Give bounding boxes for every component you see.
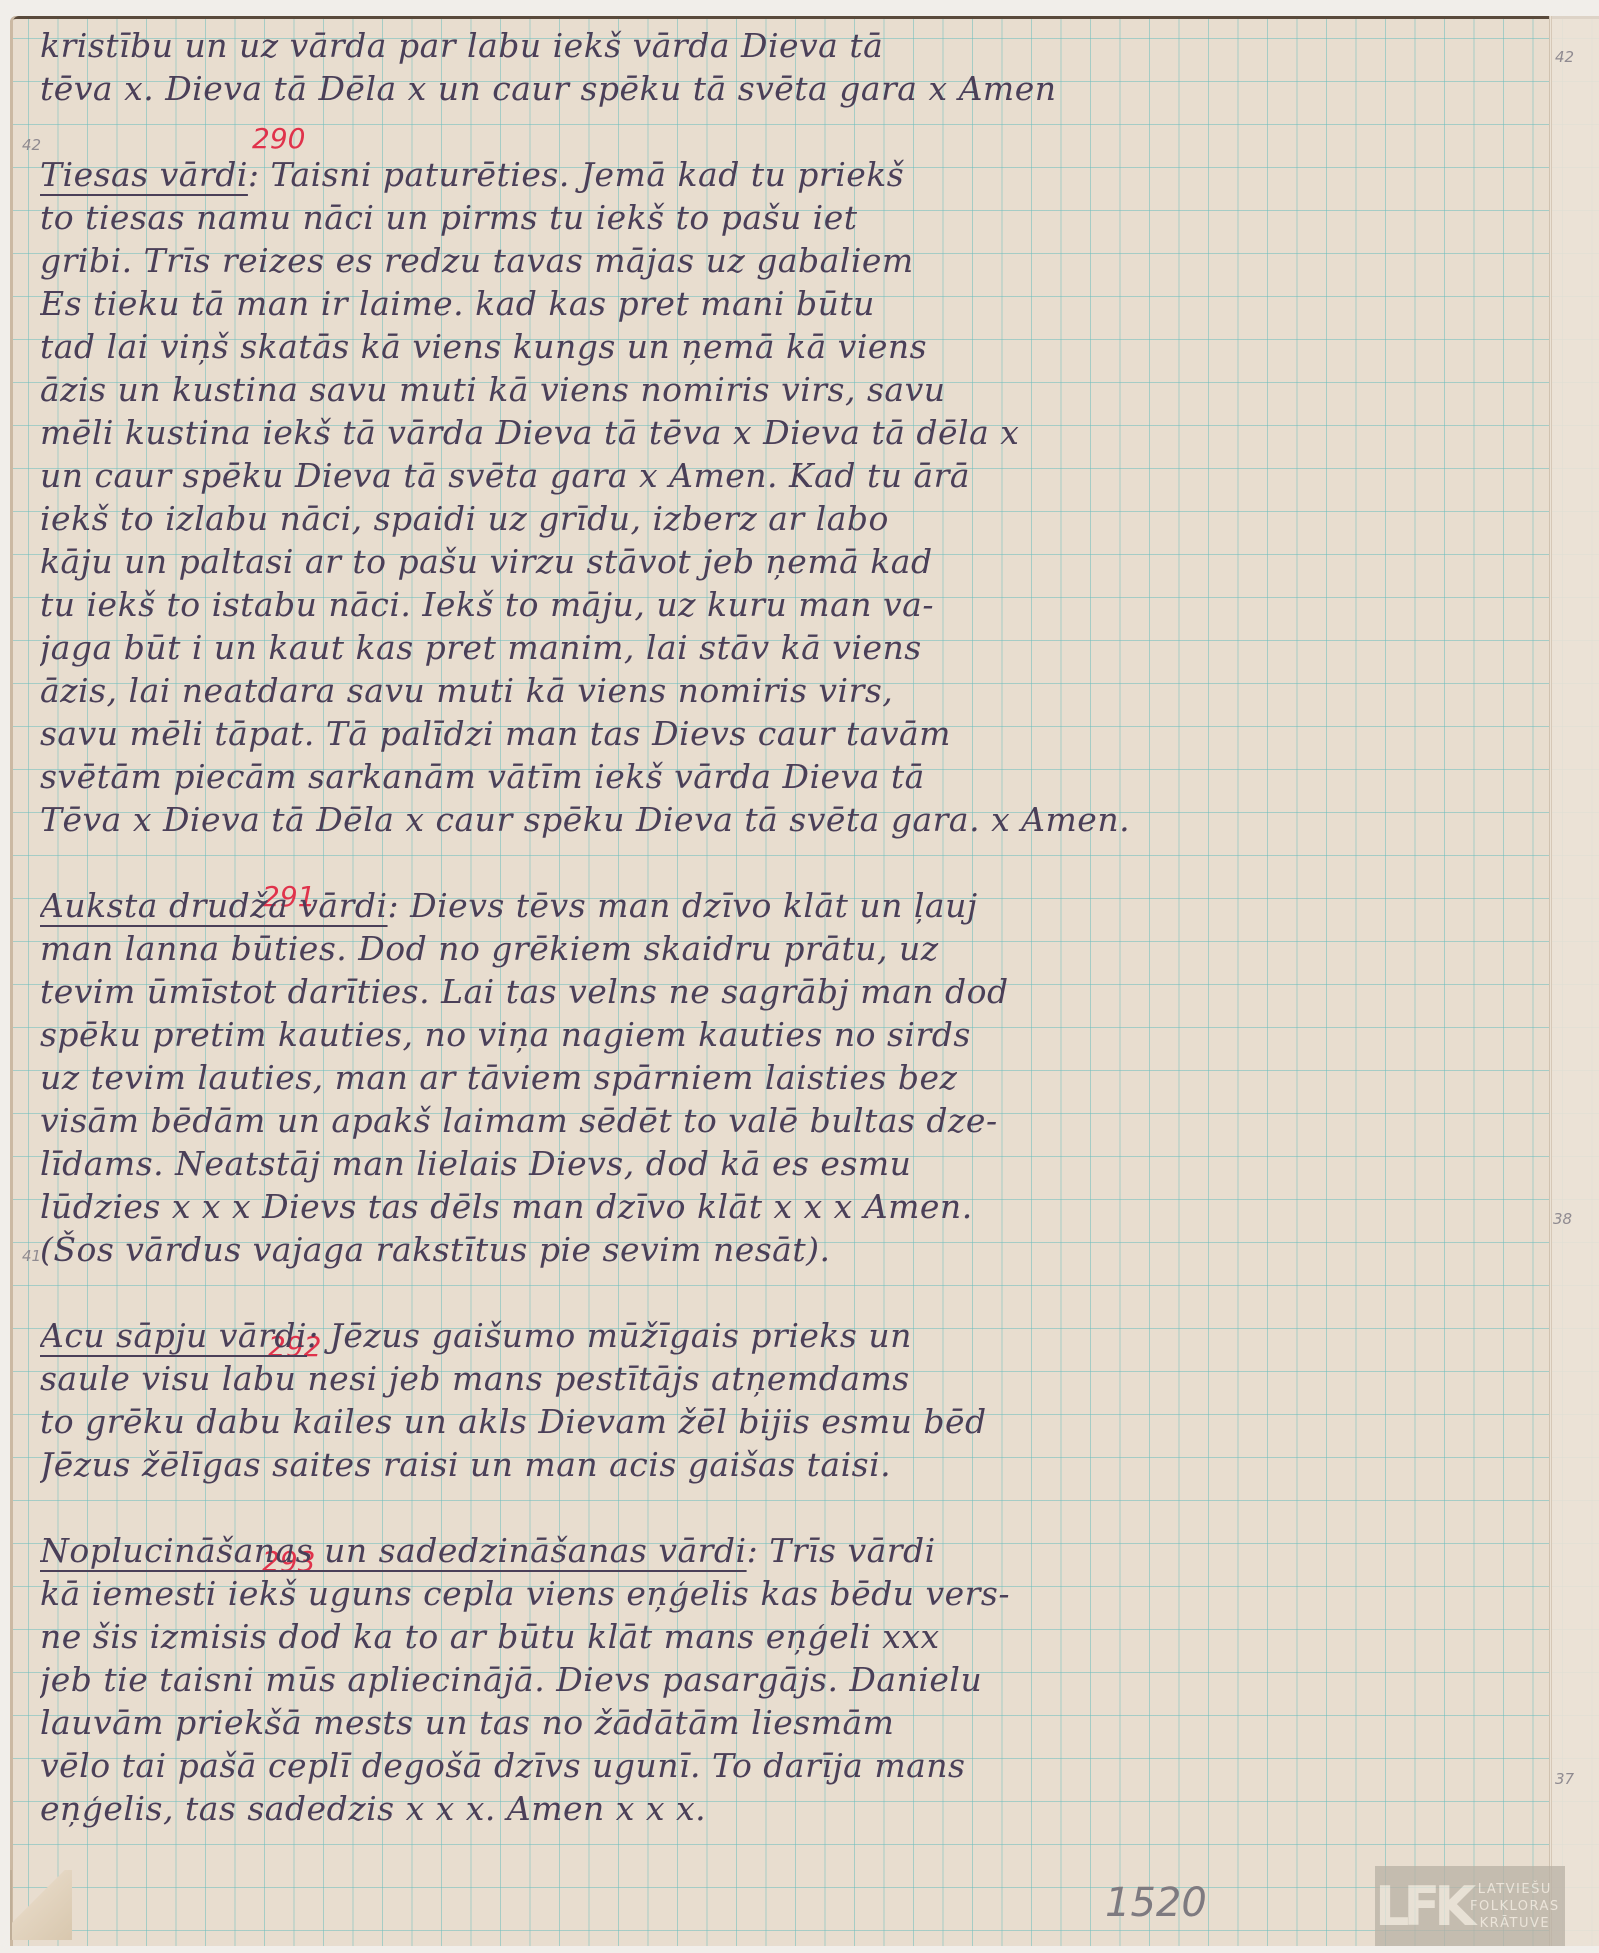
text-line: ne šis izmisis dod ka to ar būtu klāt ma… bbox=[40, 1615, 1550, 1658]
section-title: Tiesas vārdi bbox=[40, 155, 248, 194]
text-line: un caur spēku Dieva tā svēta gara x Amen… bbox=[40, 454, 1550, 497]
text-line: svētām piecām sarkanām vātīm iekš vārda … bbox=[40, 755, 1550, 798]
folded-corner bbox=[10, 1870, 72, 1940]
stamp-line: KRĀTUVE bbox=[1470, 1915, 1560, 1932]
section-title: Auksta drudža vārdi bbox=[40, 886, 388, 925]
right-margin-mark: 37 bbox=[1555, 1770, 1574, 1788]
text-line: Trīs vārdi bbox=[769, 1531, 936, 1570]
text-line: līdams. Neatstāj man lielais Dievs, dod … bbox=[40, 1142, 1550, 1185]
stamp-line: LATVIEŠU bbox=[1470, 1881, 1560, 1898]
section-title: Acu sāpju vārdi bbox=[40, 1316, 307, 1355]
right-margin-mark: 38 bbox=[1553, 1210, 1572, 1228]
lfk-logo-icon: LFK bbox=[1375, 1875, 1470, 1938]
text-line: Dievs tēvs man dzīvo klāt un ļauj bbox=[410, 886, 977, 925]
section-heading-line: Tiesas vārdi: Taisni paturēties. Jemā ka… bbox=[40, 153, 1550, 196]
archive-page-number: 1520 bbox=[1105, 1880, 1207, 1926]
text-line: (Šos vārdus vajaga rakstītus pie sevim n… bbox=[40, 1228, 1550, 1271]
text-line: Tēva x Dieva tā Dēla x caur spēku Dieva … bbox=[40, 798, 1550, 841]
text-line: eņģelis, tas sadedzis x x x. Amen x x x. bbox=[40, 1787, 1550, 1830]
stamp-line: FOLKLORAS bbox=[1470, 1898, 1560, 1915]
right-margin-mark: 42 bbox=[1555, 48, 1574, 66]
text-line: mēli kustina iekš tā vārda Dieva tā tēva… bbox=[40, 411, 1550, 454]
text-line: iekš to izlabu nāci, spaidi uz grīdu, iz… bbox=[40, 497, 1550, 540]
section-heading-line: Auksta drudža vārdi: Dievs tēvs man dzīv… bbox=[40, 884, 1550, 927]
left-margin-mark: 41 bbox=[22, 1247, 41, 1265]
text-line: saule visu labu nesi jeb mans pestītājs … bbox=[40, 1357, 1550, 1400]
text-line: jeb tie taisni mūs apliecinājā. Dievs pa… bbox=[40, 1658, 1550, 1701]
text-line: āzis, lai neatdara savu muti kā viens no… bbox=[40, 669, 1550, 712]
text-line: uz tevim lauties, man ar tāviem spārniem… bbox=[40, 1056, 1550, 1099]
text-line: to grēku dabu kailes un akls Dievam žēl … bbox=[40, 1400, 1550, 1443]
text-line: vēlo tai pašā ceplī degošā dzīvs ugunī. … bbox=[40, 1744, 1550, 1787]
text-line: kā iemesti iekš uguns cepla viens eņģeli… bbox=[40, 1572, 1550, 1615]
text-line: tu iekš to istabu nāci. Iekš to māju, uz… bbox=[40, 583, 1550, 626]
text-line: kristību un uz vārda par labu iekš vārda… bbox=[40, 24, 1550, 67]
section-title: Noplucināšanas un sadedzināšanas vārdi bbox=[40, 1531, 747, 1570]
text-line: kāju un paltasi ar to pašu virzu stāvot … bbox=[40, 540, 1550, 583]
section-heading-line: Noplucināšanas un sadedzināšanas vārdi: … bbox=[40, 1529, 1550, 1572]
left-margin-mark: 42 bbox=[22, 136, 41, 154]
archive-stamp: LFK LATVIEŠU FOLKLORAS KRĀTUVE bbox=[1375, 1866, 1565, 1946]
text-line: spēku pretim kauties, no viņa nagiem kau… bbox=[40, 1013, 1550, 1056]
text-line: to tiesas namu nāci un pirms tu iekš to … bbox=[40, 196, 1550, 239]
next-page-edge bbox=[1552, 16, 1599, 1946]
text-line: tēva x. Dieva tā Dēla x un caur spēku tā… bbox=[40, 67, 1550, 110]
text-line: gribi. Trīs reizes es redzu tavas mājas … bbox=[40, 239, 1550, 282]
text-line: Taisni paturēties. Jemā kad tu priekš bbox=[271, 155, 905, 194]
text-line: lauvām priekšā mests un tas no žādātām l… bbox=[40, 1701, 1550, 1744]
text-line: tad lai viņš skatās kā viens kungs un ņe… bbox=[40, 325, 1550, 368]
text-line: visām bēdām un apakš laimam sēdēt to val… bbox=[40, 1099, 1550, 1142]
text-line: Jēzus žēlīgas saites raisi un man acis g… bbox=[40, 1443, 1550, 1486]
stamp-text: LATVIEŠU FOLKLORAS KRĀTUVE bbox=[1470, 1881, 1560, 1932]
text-line: Es tieku tā man ir laime. kad kas pret m… bbox=[40, 282, 1550, 325]
section-heading-line: Acu sāpju vārdi: Jēzus gaišumo mūžīgais … bbox=[40, 1314, 1550, 1357]
text-line: Jēzus gaišumo mūžīgais prieks un bbox=[330, 1316, 912, 1355]
manuscript-text: kristību un uz vārda par labu iekš vārda… bbox=[40, 24, 1550, 1830]
text-line: savu mēli tāpat. Tā palīdzi man tas Diev… bbox=[40, 712, 1550, 755]
text-line: āzis un kustina savu muti kā viens nomir… bbox=[40, 368, 1550, 411]
text-line: jaga būt i un kaut kas pret manim, lai s… bbox=[40, 626, 1550, 669]
text-line: lūdzies x x x Dievs tas dēls man dzīvo k… bbox=[40, 1185, 1550, 1228]
text-line: man lanna būties. Dod no grēkiem skaidru… bbox=[40, 927, 1550, 970]
text-line: tevim ūmīstot darīties. Lai tas velns ne… bbox=[40, 970, 1550, 1013]
